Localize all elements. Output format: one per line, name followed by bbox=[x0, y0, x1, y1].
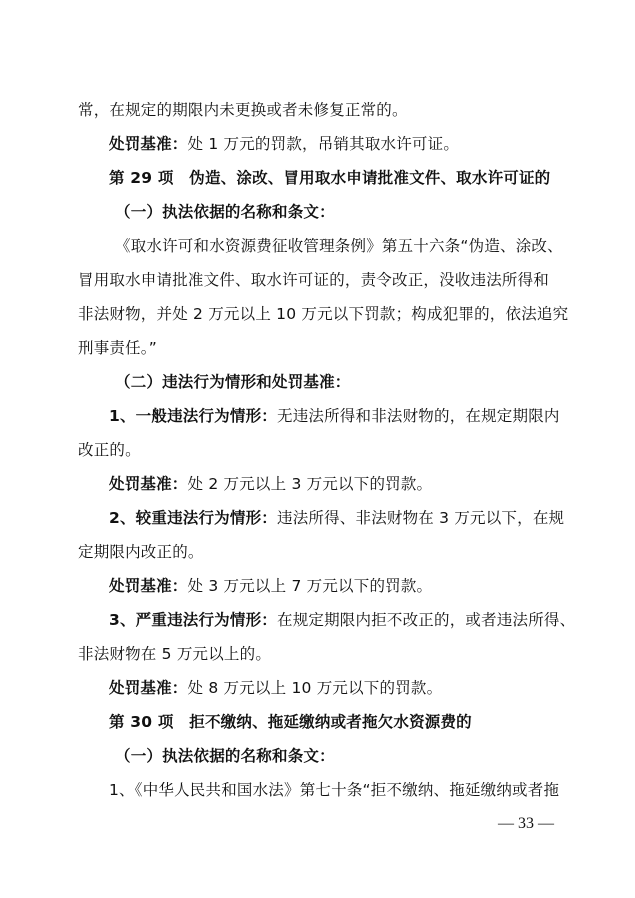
paragraph-line: 《取水许可和水资源费征收管理条例》第五十六条“伪造、涂改、 bbox=[115, 236, 595, 256]
penalty-standard: 处罚基准：处 3 万元以上 7 万元以下的罚款。 bbox=[109, 576, 589, 596]
item-30-heading: 第 30 项 拒不缴纳、拖延缴纳或者拖欠水资源费的 bbox=[109, 712, 589, 732]
section-heading: （一）执法依据的名称和条文： bbox=[115, 202, 595, 222]
label: 处罚基准： bbox=[109, 135, 188, 153]
paragraph-line: 刑事责任。” bbox=[78, 338, 558, 358]
penalty-standard: 处罚基准：处 1 万元的罚款，吊销其取水许可证。 bbox=[109, 134, 589, 154]
paragraph-line: 1、《中华人民共和国水法》第七十条“拒不缴纳、拖延缴纳或者拖 bbox=[109, 780, 589, 800]
section-heading: （二）违法行为情形和处罚基准： bbox=[115, 372, 595, 392]
paragraph-line: 冒用取水申请批准文件、取水许可证的，责令改正，没收违法所得和 bbox=[78, 270, 558, 290]
violation-case: 1、一般违法行为情形：无违法所得和非法财物的，在规定期限内 bbox=[109, 406, 589, 426]
item-29-heading: 第 29 项 伪造、涂改、冒用取水申请批准文件、取水许可证的 bbox=[109, 168, 589, 188]
paragraph-line: 非法财物，并处 2 万元以上 10 万元以下罚款；构成犯罪的，依法追究 bbox=[78, 304, 558, 324]
violation-case: 2、较重违法行为情形：违法所得、非法财物在 3 万元以下，在规 bbox=[109, 508, 589, 528]
paragraph-line: 非法财物在 5 万元以上的。 bbox=[78, 644, 558, 664]
paragraph-line: 改正的。 bbox=[78, 440, 558, 460]
document-page: 常，在规定的期限内未更换或者未修复正常的。 处罚基准：处 1 万元的罚款，吊销其… bbox=[0, 0, 635, 898]
paragraph-line: 常，在规定的期限内未更换或者未修复正常的。 bbox=[78, 100, 558, 120]
page-number: — 33 — bbox=[498, 815, 554, 833]
violation-case: 3、严重违法行为情形：在规定期限内拒不改正的，或者违法所得、 bbox=[109, 610, 589, 630]
penalty-standard: 处罚基准：处 2 万元以上 3 万元以下的罚款。 bbox=[109, 474, 589, 494]
section-heading: （一）执法依据的名称和条文： bbox=[115, 746, 595, 766]
penalty-standard: 处罚基准：处 8 万元以上 10 万元以下的罚款。 bbox=[109, 678, 589, 698]
paragraph-line: 定期限内改正的。 bbox=[78, 542, 558, 562]
